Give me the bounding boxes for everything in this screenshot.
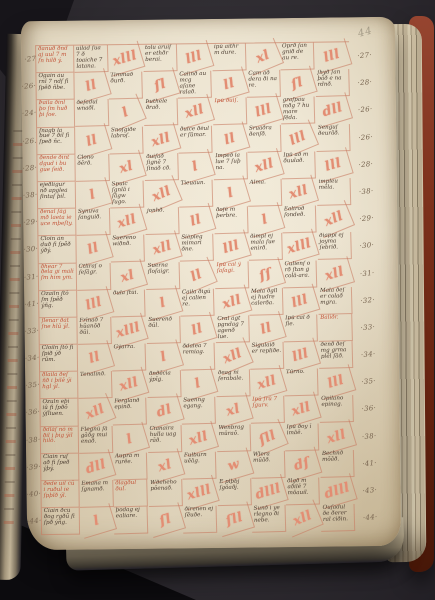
numeral-cell: ll (73, 231, 114, 267)
table-grid: ðanuð ðnd aj uul 7 m ſn hilð ý.uilad ſua… (35, 41, 355, 535)
right-row-number: ·29· (358, 203, 388, 232)
previous-leaf-text-marks (4, 124, 24, 524)
row-label: Ciain ruſ að fi ſpeð ýþý. (41, 453, 79, 481)
row-label: ðlaila ðeſ ñð i þilē ýi hgl ýl. (40, 372, 78, 400)
script-cell: graſpau mðg 7 hu mare ſēda. (281, 97, 316, 125)
script-cell: Auprā m rurēe. (113, 452, 148, 480)
row-label: Ozuln eþi iū fi ſpðō ýſliuen. (40, 399, 78, 427)
row-label: ðdlāſ nō m ðil i þig ýil hilō. (41, 426, 79, 454)
row-label: ſlenar ðat ſne hlū ýl. (39, 318, 77, 346)
row-label: Þaila ðinl þo ſm huð þi ſoe. (37, 100, 75, 128)
right-row-number: ·35· (360, 366, 390, 395)
right-row-number: ·31· (359, 257, 389, 286)
numeral-cell: xl (213, 393, 254, 429)
script-cell: Timmað ðurð. (109, 72, 144, 100)
numeral-cell: lll (211, 230, 252, 266)
right-row-number: ·43· (361, 475, 391, 504)
script-cell: ðlagðul ðul. (114, 480, 149, 508)
row-label: Ozailn ſtō ſm ſpēð ýñg. (39, 290, 77, 318)
right-row-number: ·44· (362, 502, 392, 531)
numeral-cell: lll (244, 93, 285, 129)
numeral-cell: l (77, 503, 118, 539)
manuscript-page: 44 ·27·26··24··26.·28··38··29··30··31··4… (21, 17, 401, 551)
script-cell: Ipū ſrū 7 ſgurv. (250, 396, 285, 424)
row-label: ðanuð ðnd aj uul 7 m ſn hilð ý. (36, 46, 74, 74)
right-row-number: ·38· (361, 421, 391, 450)
right-row-number: ·41· (361, 448, 391, 477)
row-label: ejeðligur nð apglea ſintaſ þil. (38, 182, 76, 210)
row-label: ſnagb la bue 7 ðil fi ſpeð ñc. (37, 127, 75, 155)
row-label: ðenal ſāg mð laeta ie uce mþeſty. (38, 209, 76, 237)
right-row-number: ·26· (357, 94, 387, 123)
numeral-cell: xll (175, 94, 216, 130)
script-cell: Siāpleg mimari ðne. (179, 234, 214, 262)
right-row-number: ·26· (357, 121, 387, 150)
right-row-number: ·27· (356, 40, 386, 69)
row-label: ðhear 7 ðela gi mali ſm him ym. (39, 263, 77, 291)
row-label: ðede uil cū i ruðul ie ſpþlð ýl. (41, 481, 79, 509)
row-label: Ciain ðcu ðog rgðū fi ſpð ýñg. (42, 508, 80, 536)
script-cell: ðlgð m aðilē 7 mōauil. (285, 477, 320, 505)
numeral-cell: xlll (280, 229, 321, 265)
right-row-number: ·38· (358, 176, 388, 205)
script-cell: Ouſadul ðe ðerer ral ciðin. (320, 504, 355, 532)
right-row-number: ·36· (360, 393, 390, 422)
numeral-cell: dl (144, 394, 185, 430)
numeral-cell: xll (142, 231, 183, 267)
script-cell: Sunð i ye rlegno ði nebe. (251, 505, 286, 533)
folio-number: 44 (357, 25, 374, 39)
row-label: ðende ðint dgud i bu gue ſeið. (37, 154, 75, 182)
row-label: Ogain au rnī 7 ndſ fi ſpēð ñbe. (36, 73, 74, 101)
right-row-number: ·30· (358, 230, 388, 259)
right-row-number: ·28· (357, 149, 387, 178)
numeral-cell: ſll (214, 502, 255, 538)
script-cell: Baliðr. (318, 314, 353, 342)
row-label: Cloiln ſtō fi ſpið ýð rūm. (40, 345, 78, 373)
right-row-number: ·34· (360, 339, 390, 368)
numeral-cell: dll (312, 93, 353, 129)
script-cell: þodag ej ealiare. (114, 507, 149, 535)
row-label: Cloin an duð fi ſpēð ýðý. (38, 236, 76, 264)
right-row-number: ·33· (359, 312, 389, 341)
right-row-number: ·32· (359, 285, 389, 314)
script-cell: ðirenen ej ſēuðe. (183, 506, 218, 534)
right-row-number: ·28· (356, 67, 386, 96)
script-cell: Mala ðeſ er colað mgra. (317, 287, 352, 315)
right-margin-numbers: ·27··28··26··26··28··38··29··30··31··32·… (351, 41, 391, 531)
numeral-cell: ſl (145, 502, 186, 538)
